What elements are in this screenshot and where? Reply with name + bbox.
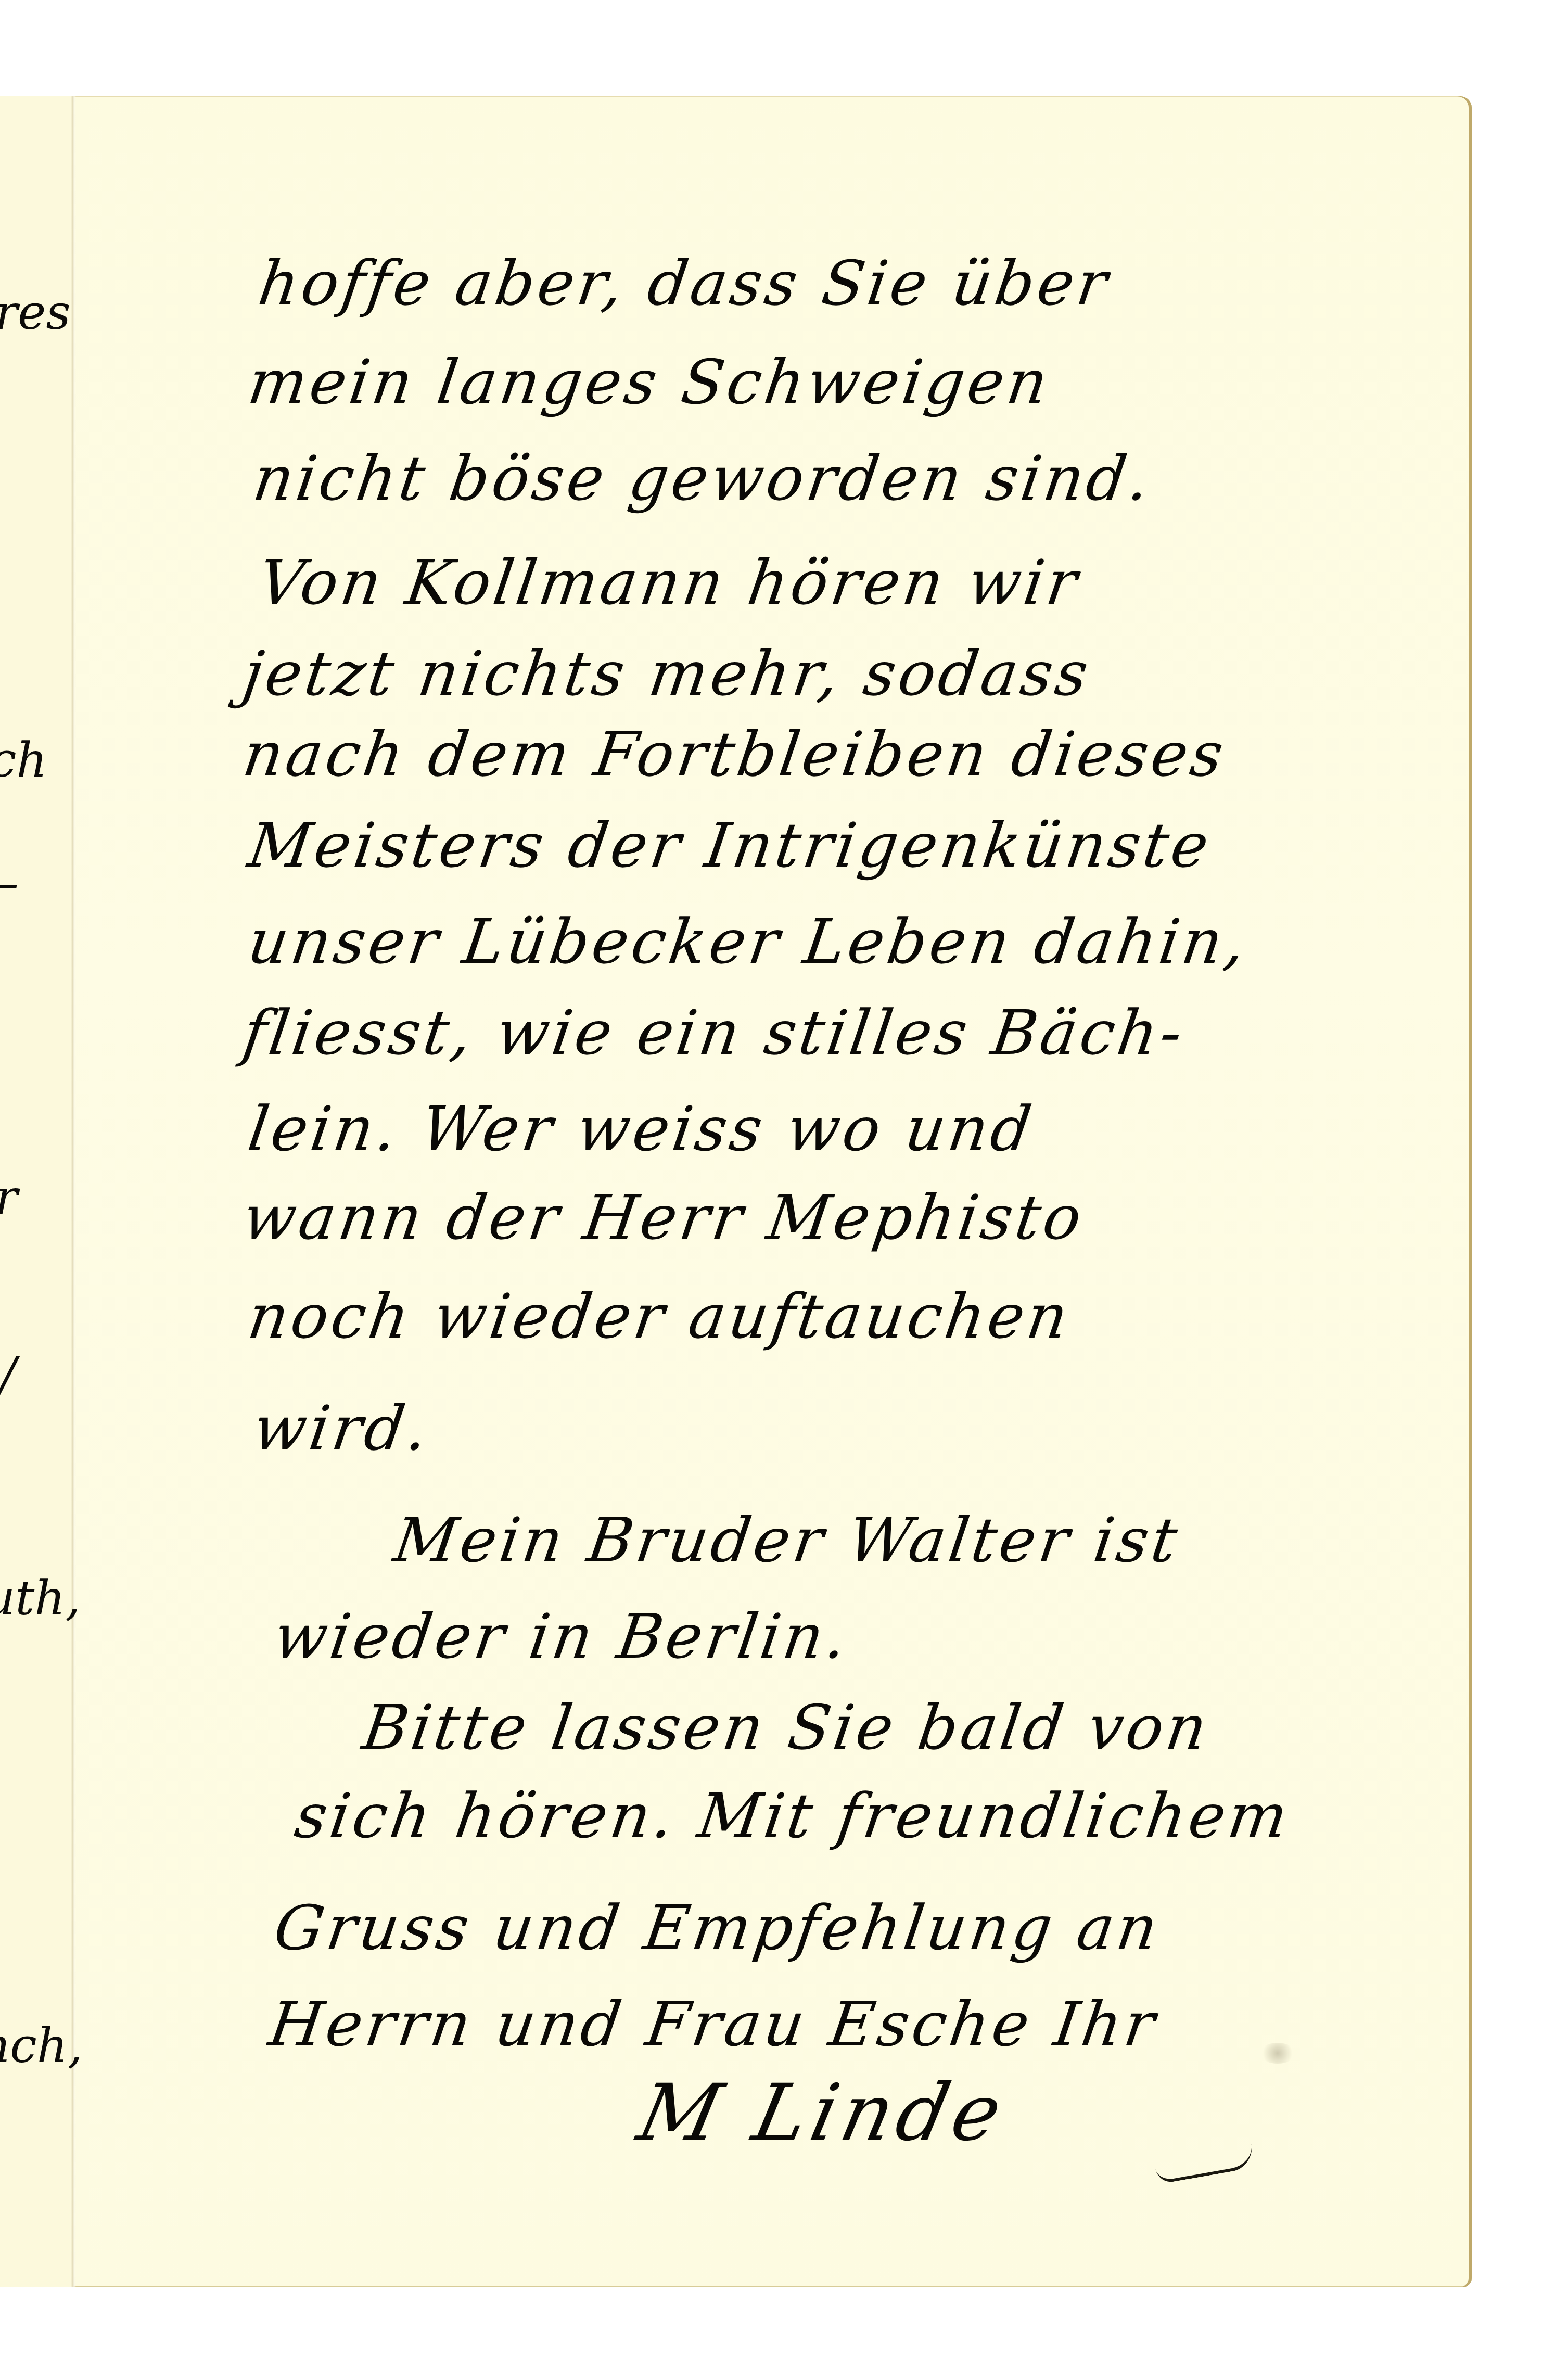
letter-line: wann der Herr Mephisto <box>239 1187 1088 1248</box>
facing-page-fragment: ch <box>0 736 47 784</box>
letter-line: jetzt nichts mehr, sodass <box>239 643 1095 704</box>
fold-crease <box>71 96 76 2287</box>
letter-line: hoffe aber, dass Sie über <box>255 252 1114 314</box>
facing-page-fragment: r <box>0 1174 18 1222</box>
facing-page-fragment: – <box>0 859 19 907</box>
letter-line: nach dem Fortbleiben dieses <box>239 723 1230 785</box>
facing-page-fragment: nch, <box>0 2022 83 2070</box>
signature-flourish <box>1154 2144 1255 2184</box>
letter-line: wieder in Berlin. <box>271 1606 853 1667</box>
scan-canvas: res ch – r / uth, nch, hoffe aber, dass … <box>0 0 1568 2366</box>
letter-line: Meisters der Intrigenkünste <box>245 815 1215 876</box>
facing-page-fragment: uth, <box>0 1574 81 1622</box>
letter-line: Mein Bruder Walter ist <box>390 1509 1184 1571</box>
letter-line: Bitte lassen Sie bald von <box>359 1697 1214 1758</box>
facing-page-fragment: / <box>0 1351 16 1398</box>
letter-line: unser Lübecker Leben dahin, <box>245 911 1252 972</box>
letter-line: Gruss und Empfehlung an <box>271 1897 1164 1958</box>
ink-smudge <box>1259 2043 1296 2064</box>
signature: M Linde <box>632 2074 1013 2152</box>
letter-line: mein langes Schweigen <box>245 351 1054 413</box>
letter-line: lein. Wer weiss wo und <box>245 1098 1038 1160</box>
letter-line: fliesst, wie ein stilles Bäch- <box>239 1002 1189 1063</box>
letter-line: sich hören. Mit freundlichem <box>291 1785 1294 1847</box>
letter-line: nicht böse geworden sind. <box>250 448 1156 509</box>
letter-paper: res ch – r / uth, nch, hoffe aber, dass … <box>0 96 1472 2287</box>
letter-line: wird. <box>250 1397 435 1459</box>
letter-line: Von Kollmann hören wir <box>255 552 1084 613</box>
letter-line: Herrn und Frau Esche Ihr <box>265 1993 1162 2055</box>
facing-page-fragment: res <box>0 289 71 337</box>
letter-line: noch wieder auftauchen <box>245 1286 1075 1347</box>
